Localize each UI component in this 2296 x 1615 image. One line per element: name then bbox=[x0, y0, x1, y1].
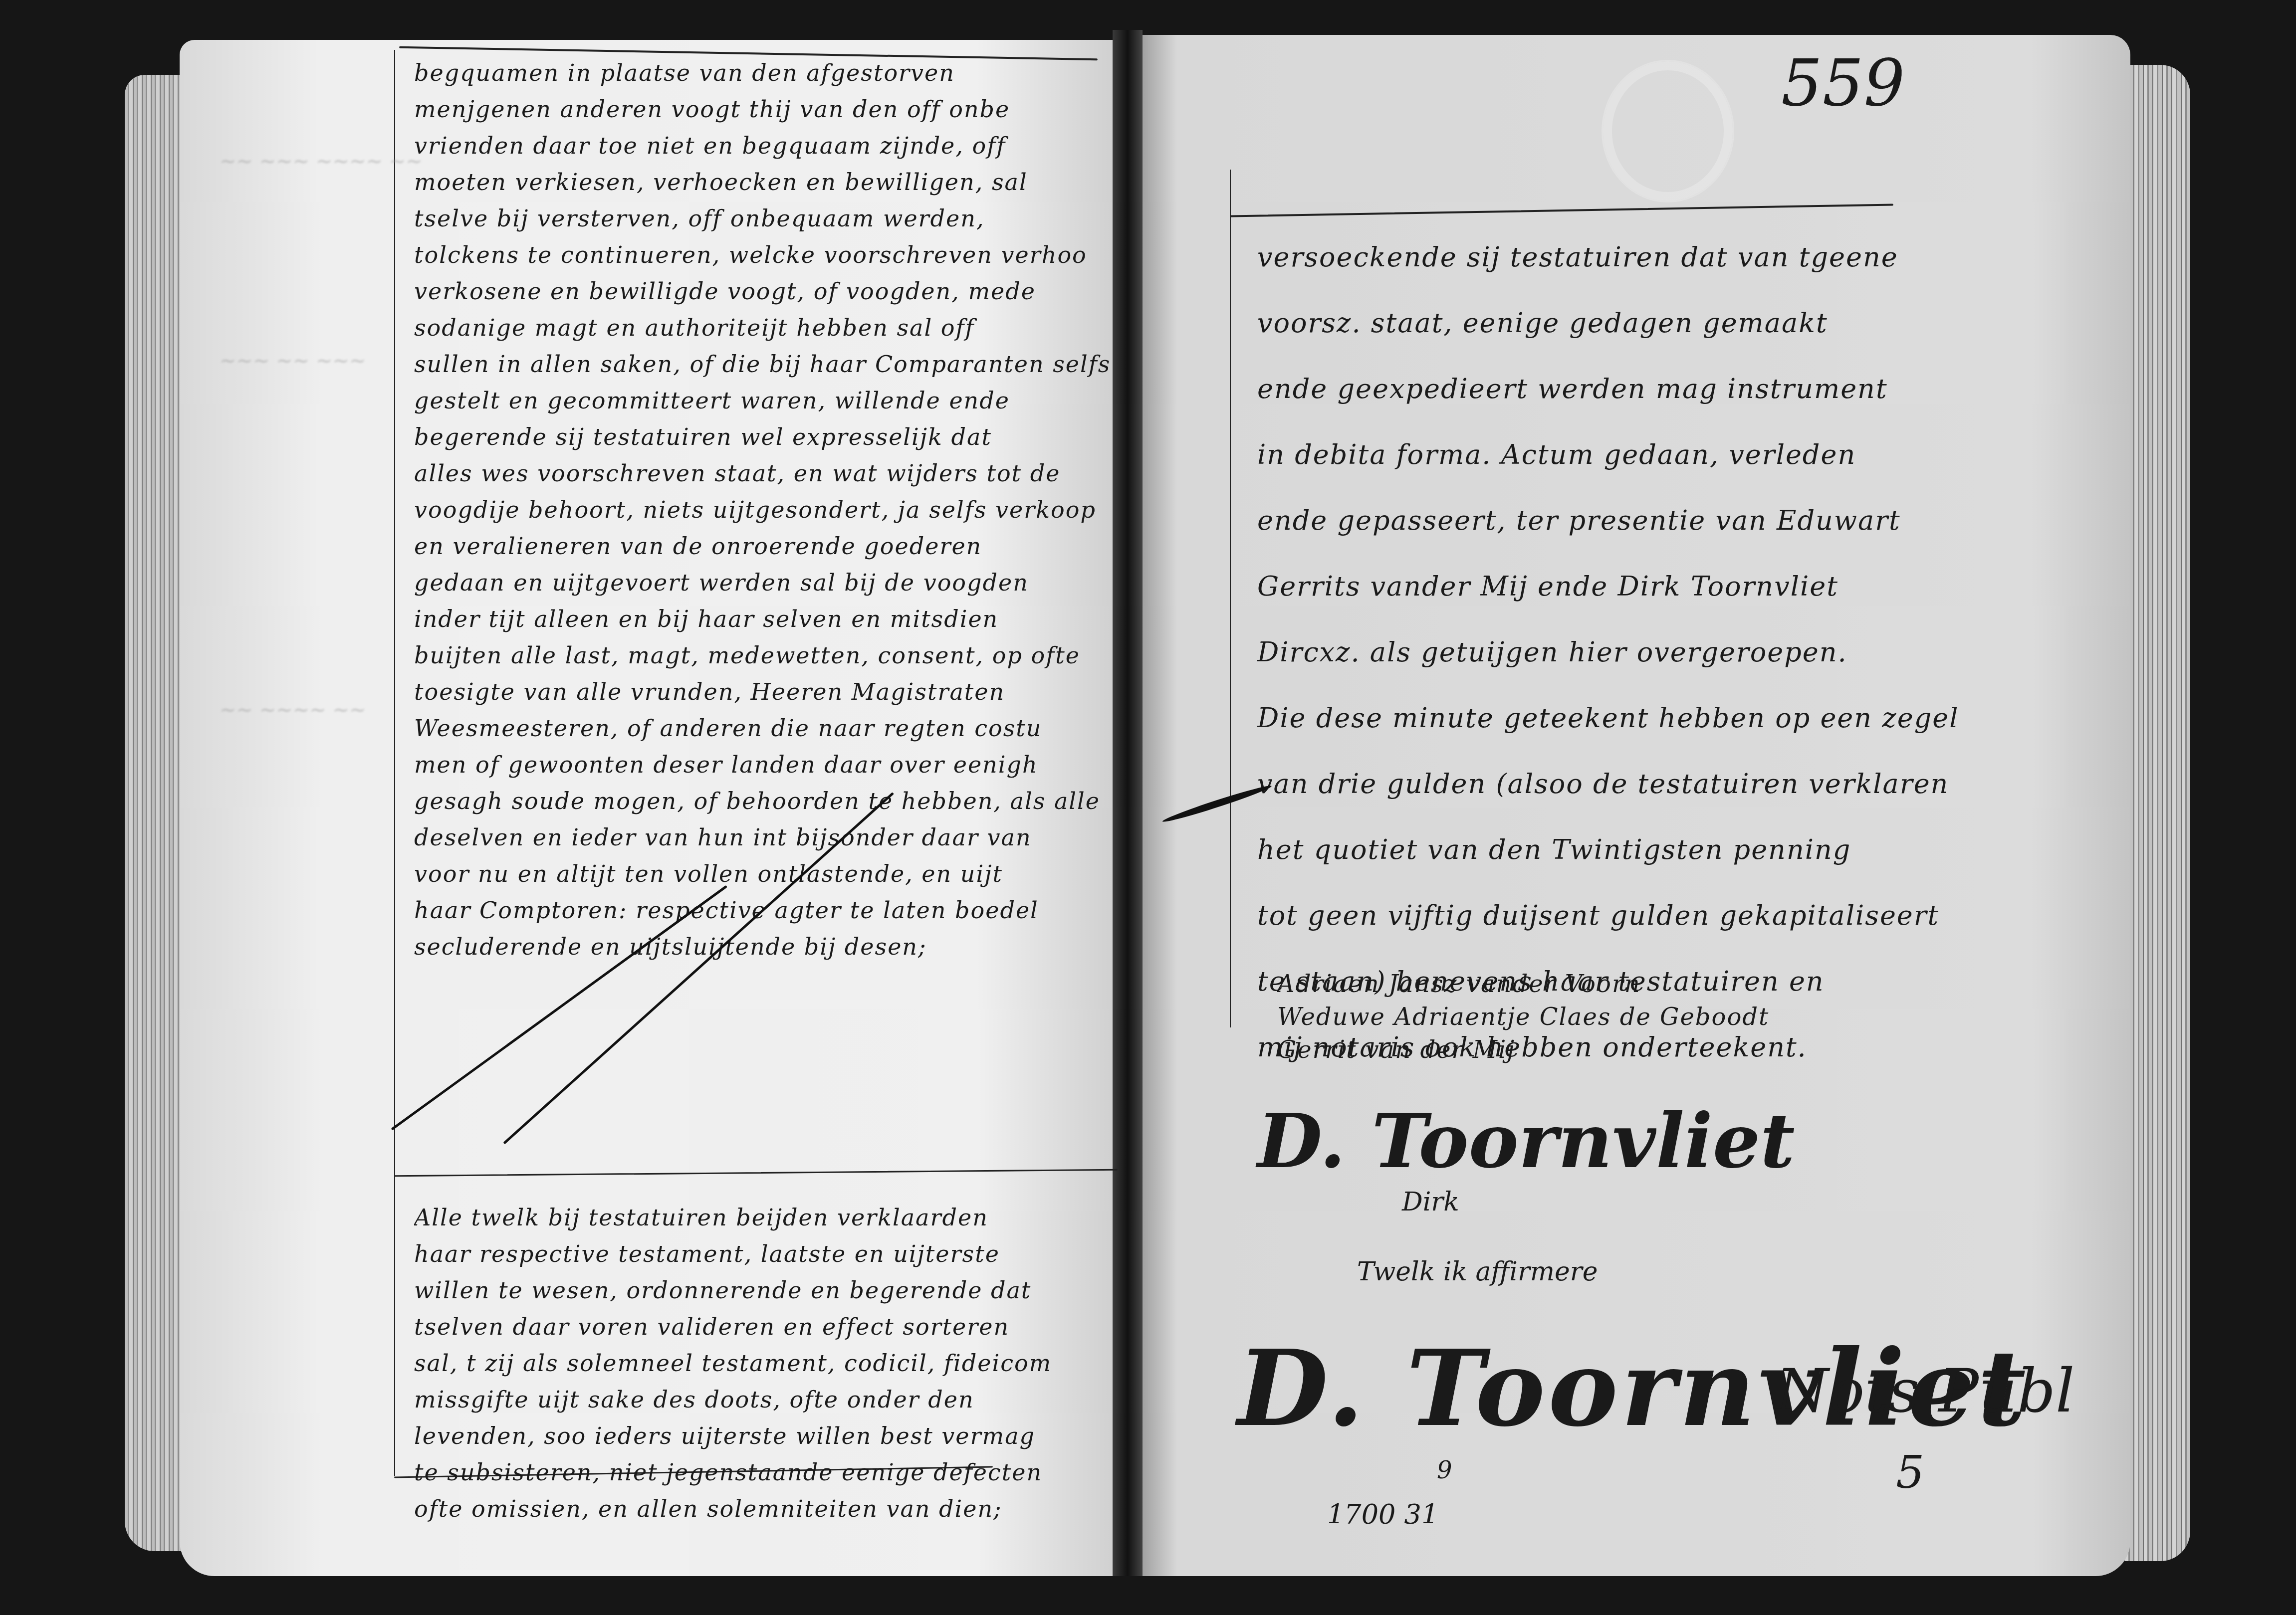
text-line: Weesmeesteren, of anderen die naar regte… bbox=[414, 710, 1123, 747]
signature-subscript: Dirk bbox=[1402, 1187, 1459, 1217]
left-margin-line bbox=[394, 50, 395, 1476]
text-line: voogdije behoort, niets uijtgesondert, j… bbox=[414, 492, 1123, 528]
bleed-through-text: ~~~ ~~ ~~~ bbox=[220, 349, 366, 372]
text-line: Alle twelk bij testatuiren beijden verkl… bbox=[414, 1200, 1123, 1236]
signature-line: Weduwe Adriaentje Claes de Geboodt bbox=[1277, 1001, 1876, 1033]
signature-toornvliet-witness: D. Toornvliet bbox=[1257, 1097, 1795, 1185]
text-line: tselve bij versterven, off onbequaam wer… bbox=[414, 201, 1123, 237]
folio-number: 559 bbox=[1781, 45, 1905, 121]
notary-title: Nots Publ bbox=[1776, 1357, 2074, 1426]
text-line: deselven en ieder van hun int bijsonder … bbox=[414, 819, 1123, 856]
text-line: begquamen in plaatse van den afgestorven bbox=[414, 55, 1123, 91]
bleed-through-text: ~~ ~~~~ ~~ bbox=[220, 698, 366, 721]
text-line: gesagh soude mogen, of behoorden te hebb… bbox=[414, 783, 1123, 819]
text-line: gedaan en uijtgevoert werden sal bij de … bbox=[414, 565, 1123, 601]
text-line: te subsisteren, niet jegenstaande eenige… bbox=[414, 1454, 1123, 1491]
bleed-through-text: ~~ ~~~ ~~~~ ~~ bbox=[220, 150, 423, 173]
text-line: men of gewoonten deser landen daar over … bbox=[414, 747, 1123, 783]
text-line: toesigte van alle vrunden, Heeren Magist… bbox=[414, 674, 1123, 710]
text-line: tselven daar voren valideren en effect s… bbox=[414, 1309, 1123, 1345]
text-line: Die dese minute geteekent hebben op een … bbox=[1257, 685, 2006, 751]
text-line: inder tijt alleen en bij haar selven en … bbox=[414, 601, 1123, 637]
text-line: ofte omissien, en allen solemniteiten va… bbox=[414, 1491, 1123, 1527]
text-line: van drie gulden (alsoo de testatuiren ve… bbox=[1257, 751, 2006, 817]
text-line: sal, t zij als solemneel testament, codi… bbox=[414, 1345, 1123, 1382]
text-line: buijten alle last, magt, medewetten, con… bbox=[414, 637, 1123, 674]
text-line: ende geexpedieert werden mag instrument bbox=[1257, 356, 2006, 422]
text-line: verkosene en bewilligde voogt, of voogde… bbox=[414, 273, 1123, 310]
attestation-label: Twelk ik affirmere bbox=[1357, 1257, 1598, 1287]
text-line: voor nu en altijt ten vollen ontlastende… bbox=[414, 856, 1123, 892]
margin-number: 5 bbox=[1896, 1446, 1924, 1499]
text-line: het quotiet van den Twintigsten penning bbox=[1257, 817, 2006, 883]
text-line: tolckens te continueren, welcke voorschr… bbox=[414, 237, 1123, 273]
text-line: moeten verkiesen, verhoecken en bewillig… bbox=[414, 164, 1123, 201]
text-line: Dircxz. als getuijgen hier overgeroepen. bbox=[1257, 619, 2006, 685]
text-line: levenden, soo ieders uijterste willen be… bbox=[414, 1418, 1123, 1454]
text-line: sodanige magt en authoriteijt hebben sal… bbox=[414, 310, 1123, 346]
text-line: sullen in allen saken, of die bij haar C… bbox=[414, 346, 1123, 383]
signature-line: Adriaen Jansz vander Voorn bbox=[1277, 968, 1876, 1001]
left-page-main-text: begquamen in plaatse van den afgestorven… bbox=[414, 55, 1123, 965]
text-line: en veralieneren van de onroerende goeder… bbox=[414, 528, 1123, 565]
right-margin-line bbox=[1230, 170, 1231, 1027]
text-line: begerende sij testatuiren wel expresseli… bbox=[414, 419, 1123, 455]
text-line: missgifte uijt sake des doots, ofte onde… bbox=[414, 1382, 1123, 1418]
text-line: Gerrits vander Mij ende Dirk Toornvliet bbox=[1257, 554, 2006, 619]
signature-line: Gerrit van der Mij bbox=[1277, 1033, 1876, 1066]
text-line: secluderende en uijtsluijtende bij desen… bbox=[414, 929, 1123, 965]
text-line: gestelt en gecommitteert waren, willende… bbox=[414, 383, 1123, 419]
witness-signatures: Adriaen Jansz vander Voorn Weduwe Adriae… bbox=[1277, 968, 1876, 1066]
text-line: tot geen vijftig duijsent gulden gekapit… bbox=[1257, 883, 2006, 949]
left-page-edges bbox=[125, 75, 185, 1551]
text-line: in debita forma. Actum gedaan, verleden bbox=[1257, 422, 2006, 488]
text-line: menjgenen anderen voogt thij van den off… bbox=[414, 91, 1123, 128]
embossed-seal bbox=[1602, 60, 1734, 202]
text-line: ende gepasseert, ter presentie van Eduwa… bbox=[1257, 488, 2006, 554]
text-line: haar Comptoren: respective agter te late… bbox=[414, 892, 1123, 929]
right-page-main-text: versoeckende sij testatuiren dat van tge… bbox=[1257, 224, 2006, 1080]
left-page-second-block: Alle twelk bij testatuiren beijden verkl… bbox=[414, 1200, 1123, 1527]
text-line: versoeckende sij testatuiren dat van tge… bbox=[1257, 224, 2006, 290]
text-line: voorsz. staat, eenige gedagen gemaakt bbox=[1257, 290, 2006, 356]
date-note: 1700 31 bbox=[1327, 1499, 1438, 1530]
text-line: vrienden daar toe niet en begquaam zijnd… bbox=[414, 128, 1123, 164]
text-line: haar respective testament, laatste en ui… bbox=[414, 1236, 1123, 1272]
date-superscript: 9 bbox=[1437, 1456, 1452, 1484]
text-line: willen te wesen, ordonnerende en begeren… bbox=[414, 1272, 1123, 1309]
text-line: alles wes voorschreven staat, en wat wij… bbox=[414, 455, 1123, 492]
